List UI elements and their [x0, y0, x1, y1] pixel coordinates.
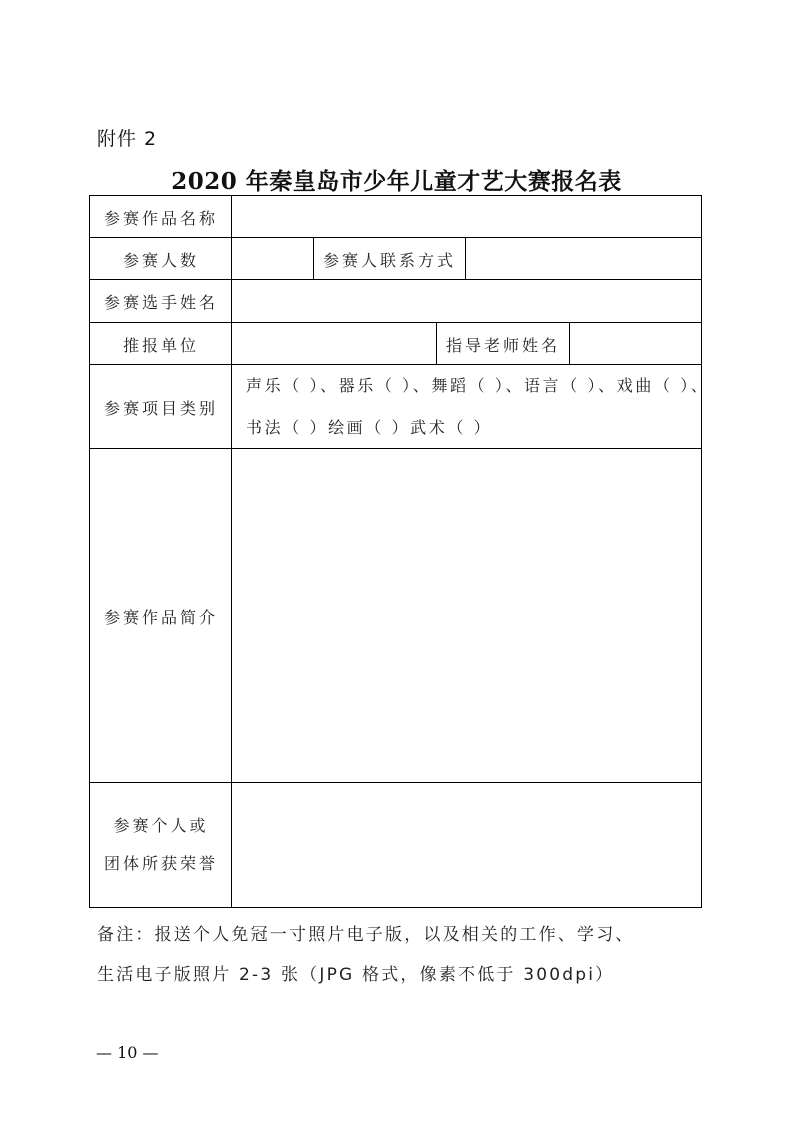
remarks-line-2: 生活电子版照片 2-3 张（JPG 格式，像素不低于 300dpi） — [97, 955, 635, 995]
recommending-unit-label: 推报单位 — [90, 323, 232, 365]
registration-form-table: 参赛作品名称 参赛人数 参赛人联系方式 参赛选手姓名 推报单位 指导老师姓名 参… — [89, 195, 702, 908]
instructor-name-field[interactable] — [570, 323, 701, 365]
work-name-field[interactable] — [233, 196, 701, 238]
work-name-label: 参赛作品名称 — [90, 196, 232, 238]
remarks-line-1: 备注：报送个人免冠一寸照片电子版，以及相关的工作、学习、 — [97, 915, 635, 955]
honors-label-line-2: 团体所获荣誉 — [104, 845, 218, 883]
category-line-1[interactable]: 声乐（ ）、器乐（ ）、舞蹈（ ）、语言（ ）、戏曲（ ）、 — [246, 365, 699, 407]
attachment-label: 附件 2 — [97, 124, 157, 151]
work-intro-field[interactable] — [233, 449, 701, 783]
participant-names-label: 参赛选手姓名 — [90, 280, 232, 322]
category-options[interactable]: 声乐（ ）、器乐（ ）、舞蹈（ ）、语言（ ）、戏曲（ ）、 书法（ ）绘画（ … — [90, 365, 701, 449]
honors-label: 参赛个人或 团体所获荣誉 — [90, 783, 232, 906]
category-line-2[interactable]: 书法（ ）绘画（ ）武术（ ） — [246, 407, 699, 449]
participant-count-label: 参赛人数 — [90, 238, 232, 280]
participant-count-field[interactable] — [233, 238, 313, 280]
honors-label-line-1: 参赛个人或 — [113, 807, 208, 845]
honors-field[interactable] — [233, 783, 701, 906]
instructor-name-label: 指导老师姓名 — [437, 323, 569, 365]
work-intro-label: 参赛作品简介 — [90, 449, 232, 783]
contact-label: 参赛人联系方式 — [314, 238, 465, 280]
category-options-text[interactable]: 声乐（ ）、器乐（ ）、舞蹈（ ）、语言（ ）、戏曲（ ）、 书法（ ）绘画（ … — [238, 365, 699, 449]
recommending-unit-field[interactable] — [233, 323, 436, 365]
page-number: — 10 — — [96, 1043, 159, 1062]
contact-field[interactable] — [466, 238, 701, 280]
form-title: 2020 年秦皇岛市少年儿童才艺大赛报名表 — [0, 163, 793, 196]
remarks-note: 备注：报送个人免冠一寸照片电子版，以及相关的工作、学习、 生活电子版照片 2-3… — [97, 915, 635, 995]
participant-names-field[interactable] — [233, 280, 701, 322]
